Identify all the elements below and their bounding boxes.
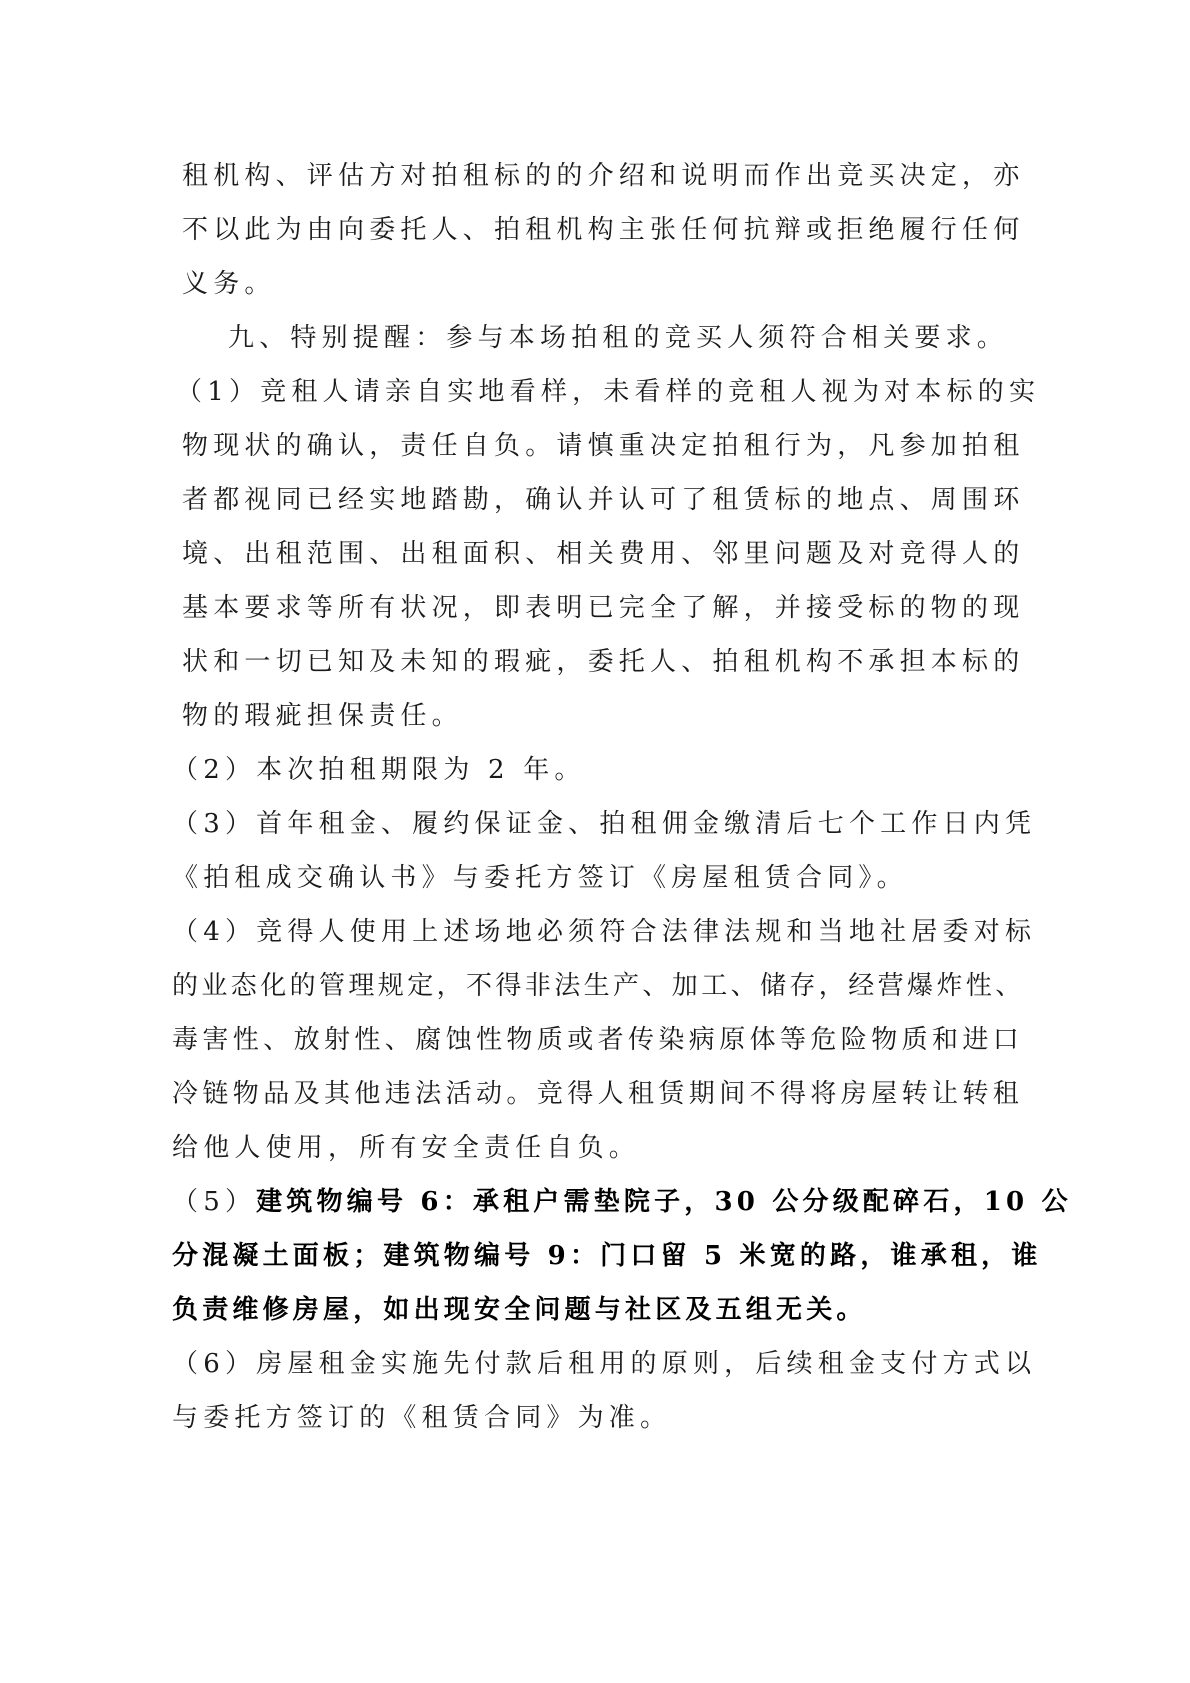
paragraph-line: 租机构、评估方对拍租标的的介绍和说明而作出竞买决定，亦 (182, 160, 1024, 192)
paragraph-line: 义务。 (182, 268, 276, 300)
item-4-line: 冷链物品及其他违法活动。竞得人租赁期间不得将房屋转让转租 (172, 1078, 1023, 1110)
item-5-prefix: （5） (172, 1187, 256, 1217)
item-1-line: 状和一切已知及未知的瑕疵，委托人、拍租机构不承担本标的 (182, 646, 1024, 678)
item-4-line: 毒害性、放射性、腐蚀性物质或者传染病原体等危险物质和进口 (172, 1024, 1023, 1056)
item-1-line: 基本要求等所有状况，即表明已完全了解，并接受标的物的现 (182, 592, 1024, 624)
item-5-line: 负责维修房屋，如出现安全问题与社区及五组无关。 (172, 1294, 867, 1326)
item-6-line: 与委托方签订的《租赁合同》为准。 (172, 1402, 671, 1434)
item-1-line: 者都视同已经实地踏勘，确认并认可了租赁标的地点、周围环 (182, 484, 1024, 516)
item-1-line: 境、出租范围、出租面积、相关费用、邻里问题及对竞得人的 (182, 538, 1024, 570)
item-5-line: （5）建筑物编号 6：承租户需垫院子，30 公分级配碎石，10 公 (172, 1186, 1072, 1218)
item-2-line: （2）本次拍租期限为 2 年。 (172, 754, 586, 786)
section-heading-special-reminder: 九、特别提醒：参与本场拍租的竞买人须符合相关要求。 (228, 322, 1008, 354)
item-5-line: 分混凝土面板；建筑物编号 9：门口留 5 米宽的路，谁承租，谁 (172, 1240, 1042, 1272)
item-4-line: 的业态化的管理规定，不得非法生产、加工、储存，经营爆炸性、 (172, 970, 1025, 1002)
item-3-line: 《拍租成交确认书》与委托方签订《房屋租赁合同》。 (172, 862, 908, 894)
paragraph-line: 不以此为由向委托人、拍租机构主张任何抗辩或拒绝履行任何 (182, 214, 1024, 246)
item-5-bold-text: 建筑物编号 6：承租户需垫院子，30 公分级配碎石，10 公 (256, 1187, 1072, 1217)
item-1-line: 物的瑕疵担保责任。 (182, 700, 463, 732)
item-4-line: （4）竞得人使用上述场地必须符合法律法规和当地社居委对标 (172, 916, 1036, 948)
item-6-line: （6）房屋租金实施先付款后租用的原则，后续租金支付方式以 (172, 1348, 1036, 1380)
item-1-line: （1）竞租人请亲自实地看样，未看样的竞租人视为对本标的实 (176, 376, 1040, 408)
item-1-line: 物现状的确认，责任自负。请慎重决定拍租行为，凡参加拍租 (182, 430, 1024, 462)
item-3-line: （3）首年租金、履约保证金、拍租佣金缴清后七个工作日内凭 (172, 808, 1036, 840)
item-4-line: 给他人使用，所有安全责任自负。 (172, 1132, 640, 1164)
document-page: 租机构、评估方对拍租标的的介绍和说明而作出竞买决定，亦 不以此为由向委托人、拍租… (0, 0, 1190, 1683)
